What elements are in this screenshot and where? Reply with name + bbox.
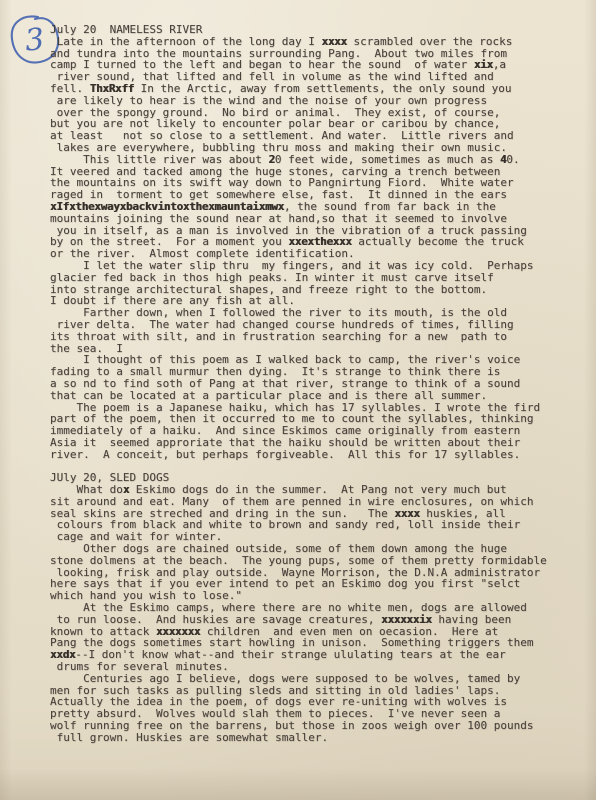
text-line: river delta. The water had changed cours… bbox=[50, 319, 590, 331]
struck-out-text: xIfxthexwayxbackvintoxthexmauntaixmwx bbox=[50, 200, 284, 213]
text-line: its throat with silt, and in frustration… bbox=[50, 331, 590, 343]
text-line: fell. ThxRxff In the Arctic, away from s… bbox=[50, 83, 590, 95]
struck-out-text: xxxx bbox=[322, 35, 347, 48]
text-line: lakes are everywhere, bubbling thru moss… bbox=[50, 142, 590, 154]
text-line: Centuries ago I believe, dogs were suppo… bbox=[50, 673, 590, 685]
text-line: xIfxthexwayxbackvintoxthexmauntaixmwx, t… bbox=[50, 201, 590, 213]
struck-out-text: 4 bbox=[500, 153, 506, 166]
text-line: are likely to hear is the wind and the n… bbox=[50, 95, 590, 107]
text-line: river. A conceit, but perhaps forgiveabl… bbox=[50, 449, 590, 461]
text-line: sit around and eat. Many of them are pen… bbox=[50, 496, 590, 508]
text-line: stone dolmens at the beach. The young pu… bbox=[50, 555, 590, 567]
text-line: full grown. Huskies are somewhat smaller… bbox=[50, 732, 590, 744]
typewritten-page: 3 July 20 NAMELESS RIVER Late in the aft… bbox=[0, 0, 596, 800]
text-line: that can be located at a particular plac… bbox=[50, 390, 590, 402]
text-line: glacier fed back in thos high peaks. In … bbox=[50, 272, 590, 284]
page: { "page": { "page_number": "3", "paper_c… bbox=[0, 0, 596, 800]
text-line: Late in the afternoon of the long day I … bbox=[50, 36, 590, 48]
section-1: July 20 NAMELESS RIVER Late in the after… bbox=[50, 24, 590, 460]
text-line: to run loose. And huskies are savage cre… bbox=[50, 614, 590, 626]
struck-out-text: 2 bbox=[269, 153, 275, 166]
document-text: July 20 NAMELESS RIVER Late in the after… bbox=[50, 24, 590, 744]
text-line: Asia it seemed approriate that the haiku… bbox=[50, 437, 590, 449]
handwritten-page-number: 3 bbox=[23, 22, 46, 59]
struck-out-text: xxxxxxix bbox=[381, 613, 432, 626]
text-line: mountains joining the sound near at hand… bbox=[50, 213, 590, 225]
section-2: JUly 20, SLED DOGS What dox Eskimo dogs … bbox=[50, 472, 590, 743]
text-line: a so nd to find soth of Pang at that riv… bbox=[50, 378, 590, 390]
text-line: I let the water slip thru my fingers, an… bbox=[50, 260, 590, 272]
text-line: This little river was about 20 feet wide… bbox=[50, 154, 590, 166]
